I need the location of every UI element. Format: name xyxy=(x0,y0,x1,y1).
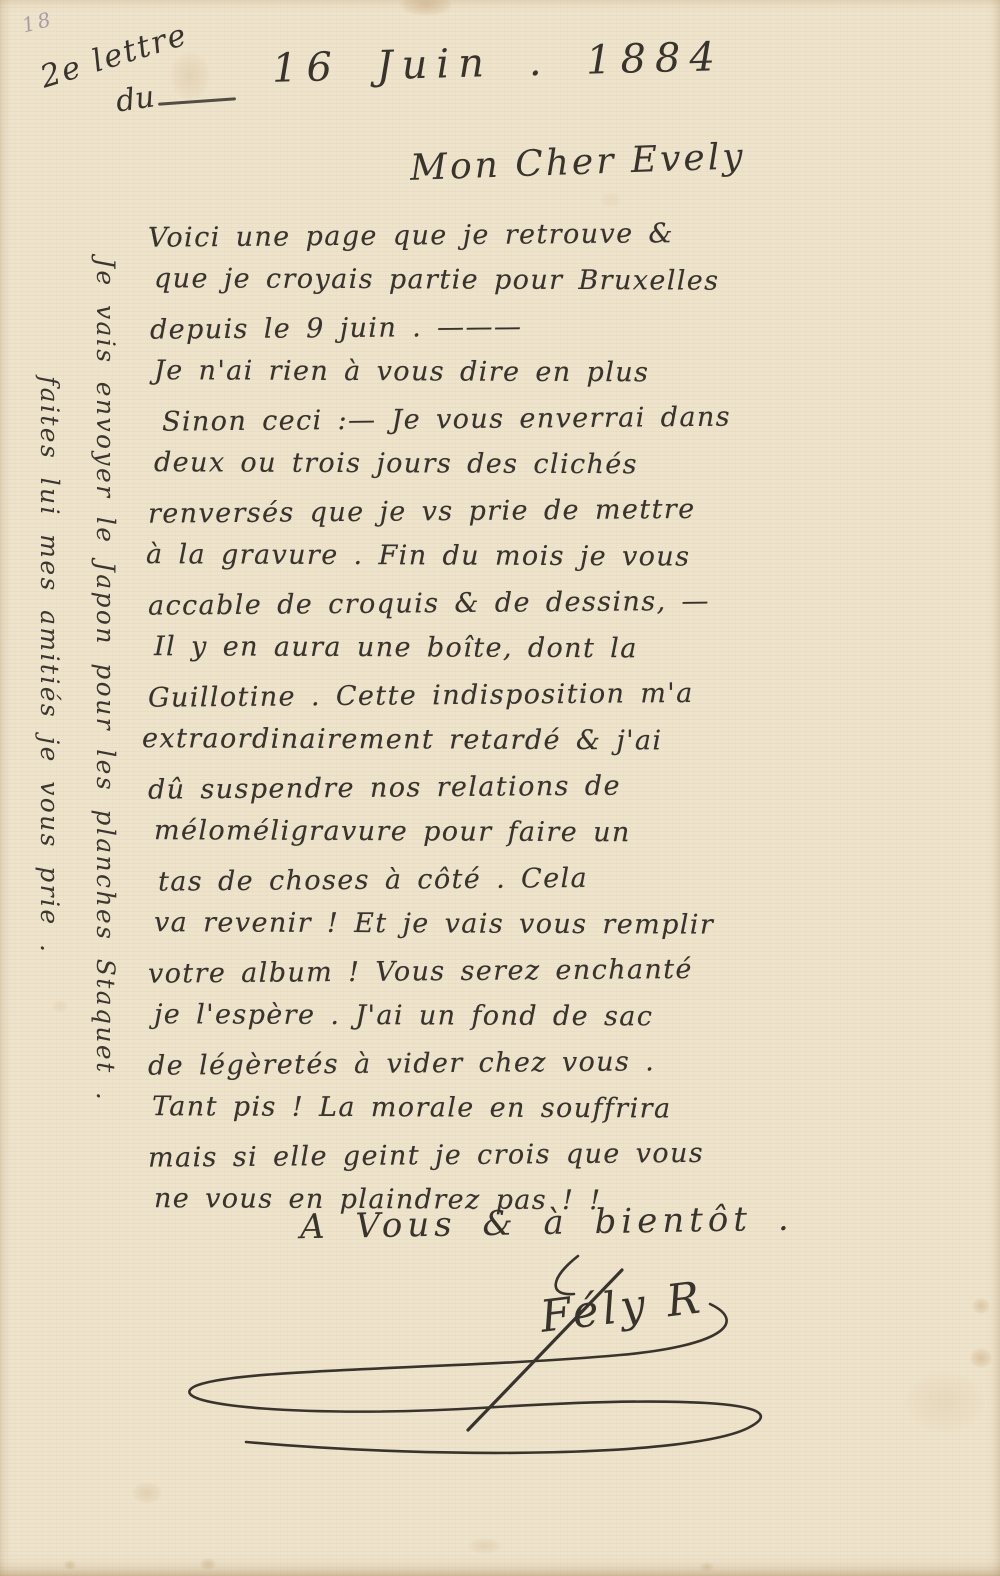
letter-line: je l'espère . J'ai un fond de sac xyxy=(154,992,993,1042)
margin-note-line: Je vais envoyer le Japon pour les planch… xyxy=(77,258,133,1568)
foxing-stain xyxy=(468,1538,502,1554)
letter-line: accable de croquis & de dessins, — xyxy=(148,576,993,629)
margin-note-text: Je vais envoyer le Japon pour les planch… xyxy=(21,258,133,1568)
annotation-flourish-dash xyxy=(158,97,236,105)
letter-line: que je croyais partie pour Bruxelles xyxy=(154,256,993,306)
letter-body: Voici une page que je retrouve &que je c… xyxy=(148,212,993,1224)
margin-note-line: faites lui mes amitiés je vous prie . xyxy=(21,258,77,1568)
letter-line: depuis le 9 juin . ——— xyxy=(150,300,993,353)
foxing-stain xyxy=(132,1482,162,1504)
foxing-stain xyxy=(600,192,622,208)
letter-line: Tant pis ! La morale en souffrira xyxy=(152,1084,993,1134)
letter-line: deux ou trois jours des clichés xyxy=(154,440,993,490)
foxing-stain xyxy=(700,1562,714,1572)
foxing-stain xyxy=(200,1558,216,1570)
letter-line: votre album ! Vous serez enchanté xyxy=(148,944,993,997)
foxing-stain xyxy=(170,52,210,100)
letter-line: Il y en aura une boîte, dont la xyxy=(154,624,993,674)
foxing-stain xyxy=(400,0,452,16)
foxing-stain xyxy=(905,1372,985,1432)
letter-line: mais si elle geint je crois que vous xyxy=(148,1128,993,1181)
letter-line: Sinon ceci :— Je vous enverrai dans xyxy=(162,392,993,445)
letter-line: va revenir ! Et je vais vous remplir xyxy=(154,900,993,950)
letter-line: dû suspendre nos relations de xyxy=(148,760,993,813)
pencil-archive-number: 18 xyxy=(20,7,56,38)
signature: Fély R xyxy=(538,1272,707,1343)
letter-line: Je n'ai rien à vous dire en plus xyxy=(154,348,993,398)
letter-line: à la gravure . Fin du mois je vous xyxy=(146,532,993,582)
letter-date: 16 Juin . 1884 xyxy=(271,34,724,92)
letter-line: Voici une page que je retrouve & xyxy=(148,208,993,261)
annotation-du: du xyxy=(114,79,157,119)
salutation: Mon Cher Evely xyxy=(409,136,746,189)
letter-line: tas de choses à côté . Cela xyxy=(158,852,993,905)
letter-line: renversés que je vs prie de mettre xyxy=(148,484,993,537)
letter-page: 18 2e lettre du 16 Juin . 1884 Mon Cher … xyxy=(0,0,1000,1576)
annotation-letter-order: 2e lettre xyxy=(36,17,192,96)
closing-line: A Vous & à bientôt . xyxy=(300,1199,794,1248)
foxing-stain xyxy=(970,1348,992,1368)
letter-line: de légèretés à vider chez vous . xyxy=(148,1036,993,1089)
foxing-stain xyxy=(972,1298,990,1314)
letter-line: méloméligravure pour faire un xyxy=(154,808,993,858)
letter-line: extraordinairement retardé & j'ai xyxy=(142,716,993,766)
letter-line: Guillotine . Cette indisposition m'a xyxy=(148,668,993,721)
signature-flourish xyxy=(150,1250,810,1470)
